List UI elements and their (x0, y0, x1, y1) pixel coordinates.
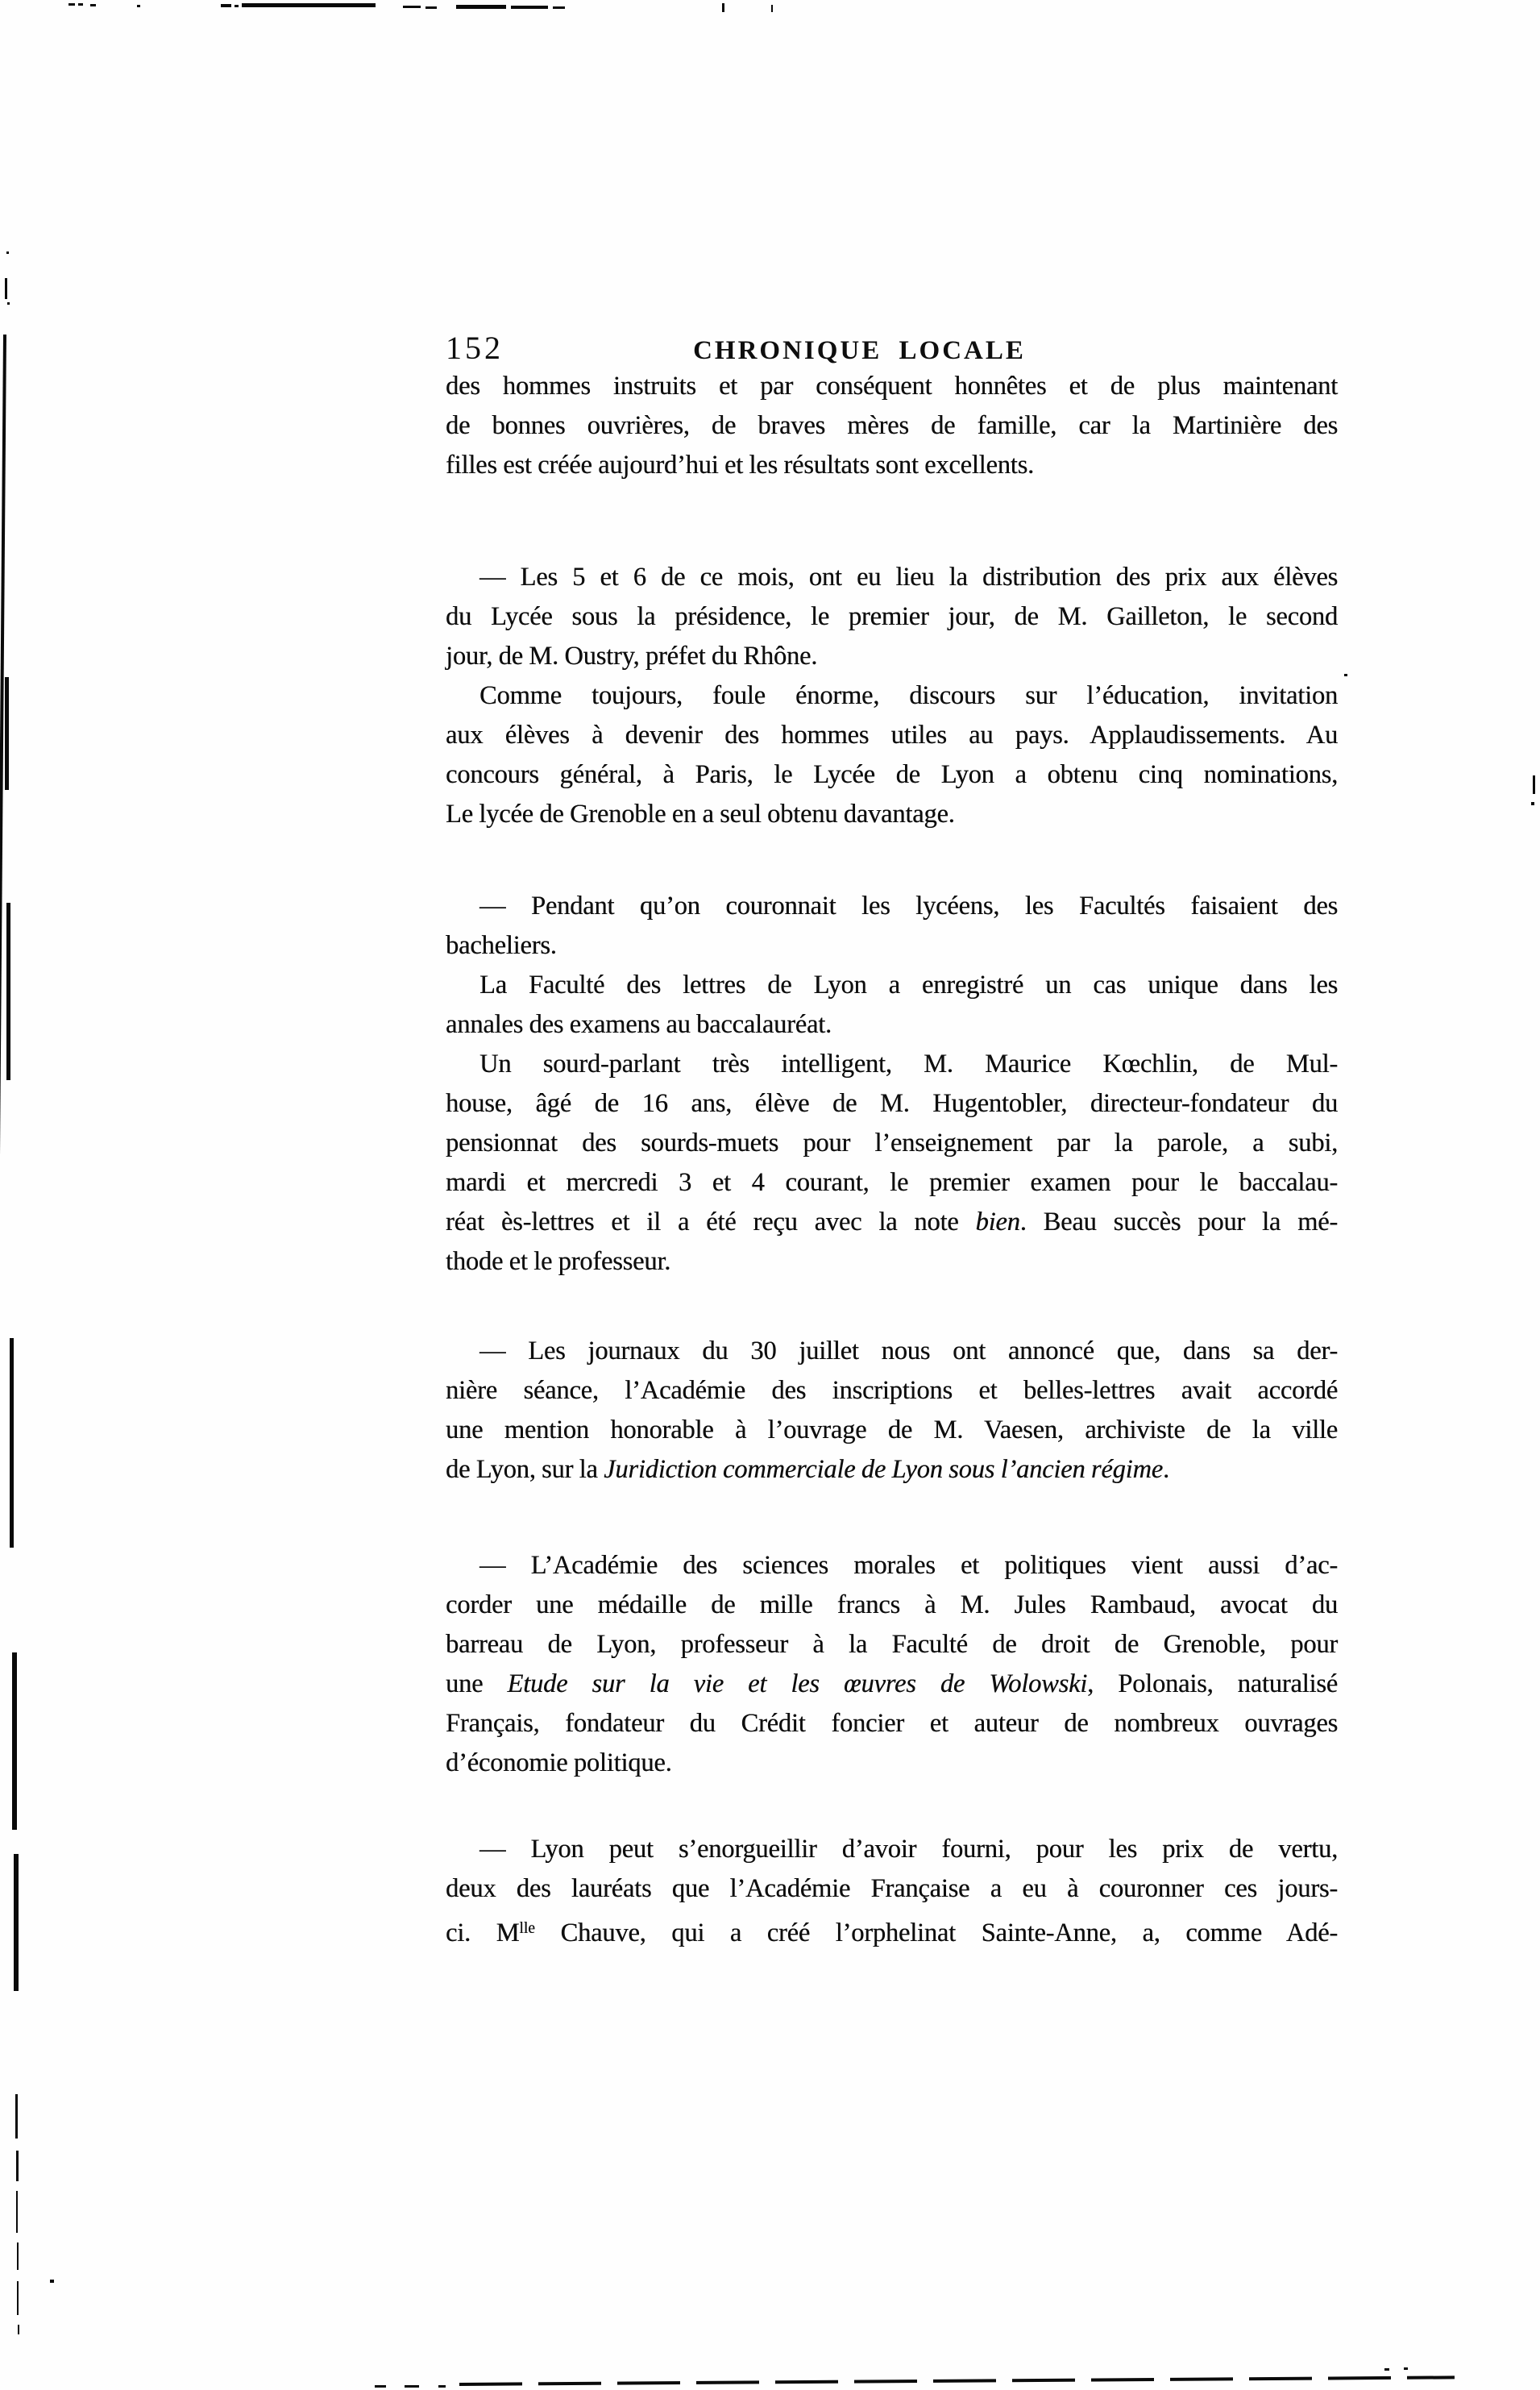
paragraph: — Les journaux du 30 juillet nous ont an… (446, 1332, 1338, 1490)
text-segment: bacheliers. (446, 931, 557, 960)
text-segment: ci. M (446, 1918, 519, 1947)
text-segment: — L’Académie des sciences morales et pol… (479, 1551, 1338, 1580)
text-line: une Etude sur la vie et les œuvres de Wo… (446, 1665, 1338, 1704)
text-segment: pensionnat des sourds-muets pour l’ensei… (446, 1128, 1338, 1158)
text-segment: d’économie politique. (446, 1748, 672, 1777)
text-line: aux élèves à devenir des hommes utiles a… (446, 716, 1338, 755)
text-line: une mention honorable à l’ouvrage de M. … (446, 1411, 1338, 1450)
text-segment: Juridiction commerciale de Lyon sous l’a… (604, 1455, 1163, 1484)
text-line: — L’Académie des sciences morales et pol… (446, 1546, 1338, 1586)
paragraph: — Lyon peut s’enorgueillir d’avoir fourn… (446, 1830, 1338, 1953)
text-segment: des hommes instruits et par conséquent h… (446, 372, 1338, 401)
text-line: concours général, à Paris, le Lycée de L… (446, 755, 1338, 795)
text-segment: nière séance, l’Académie des inscription… (446, 1376, 1338, 1405)
text-segment: Comme toujours, foule énorme, discours s… (479, 681, 1338, 710)
text-segment: lle (519, 1920, 535, 1937)
text-segment: aux élèves à devenir des hommes utiles a… (446, 721, 1338, 750)
text-segment: barreau de Lyon, professeur à la Faculté… (446, 1630, 1338, 1659)
text-line: thode et le professeur. (446, 1242, 1338, 1282)
text-segment: thode et le professeur. (446, 1247, 670, 1276)
text-segment: — Pendant qu’on couronnait les lycéens, … (479, 892, 1338, 921)
text-segment: — Lyon peut s’enorgueillir d’avoir fourn… (479, 1835, 1338, 1864)
text-segment: jour, de M. Oustry, préfet du Rhône. (446, 642, 817, 671)
text-line: des hommes instruits et par conséquent h… (446, 367, 1338, 406)
text-segment: Français, fondateur du Crédit foncier et… (446, 1709, 1338, 1738)
text-segment: bien (976, 1207, 1020, 1237)
text-line: Français, fondateur du Crédit foncier et… (446, 1704, 1338, 1744)
text-line: annales des examens au baccalauréat. (446, 1005, 1338, 1045)
text-segment: house, âgé de 16 ans, élève de M. Hugent… (446, 1089, 1338, 1118)
text-line: du Lycée sous la présidence, le premier … (446, 597, 1338, 637)
text-segment: filles est créée aujourd’hui et les résu… (446, 451, 1034, 480)
text-segment: — Les 5 et 6 de ce mois, ont eu lieu la … (479, 563, 1338, 592)
text-segment: de Lyon, sur la (446, 1455, 604, 1484)
text-line: de bonnes ouvrières, de braves mères de … (446, 406, 1338, 446)
text-line: — Les journaux du 30 juillet nous ont an… (446, 1332, 1338, 1371)
text-line: Le lycée de Grenoble en a seul obtenu da… (446, 795, 1338, 834)
text-line: pensionnat des sourds-muets pour l’ensei… (446, 1124, 1338, 1163)
text-segment: une mention honorable à l’ouvrage de M. … (446, 1415, 1338, 1444)
text-segment: . (1163, 1455, 1169, 1484)
text-segment: . Beau succès pour la mé- (1020, 1207, 1338, 1237)
text-line: — Pendant qu’on couronnait les lycéens, … (446, 887, 1338, 926)
paragraph: des hommes instruits et par conséquent h… (446, 367, 1338, 485)
text-line: ci. Mlle Chauve, qui a créé l’orphelinat… (446, 1909, 1338, 1953)
scanned-book-page: 152 CHRONIQUE LOCALE des hommes instruit… (0, 0, 1540, 2390)
text-segment: deux des lauréats que l’Académie Françai… (446, 1874, 1338, 1903)
text-segment: Etude sur la vie et les œuvres de Wolows… (508, 1669, 1088, 1698)
text-line: bacheliers. (446, 926, 1338, 966)
text-line: — Les 5 et 6 de ce mois, ont eu lieu la … (446, 558, 1338, 597)
text-segment: , Polonais, naturalisé (1087, 1669, 1338, 1698)
text-segment: La Faculté des lettres de Lyon a enregis… (479, 971, 1338, 1000)
text-line: filles est créée aujourd’hui et les résu… (446, 446, 1338, 485)
text-segment: réat ès-lettres et il a été reçu avec la… (446, 1207, 976, 1237)
text-line: Comme toujours, foule énorme, discours s… (446, 676, 1338, 716)
paragraph: — Pendant qu’on couronnait les lycéens, … (446, 887, 1338, 1282)
text-line: réat ès-lettres et il a été reçu avec la… (446, 1203, 1338, 1242)
text-line: barreau de Lyon, professeur à la Faculté… (446, 1625, 1338, 1665)
text-segment: concours général, à Paris, le Lycée de L… (446, 760, 1338, 789)
text-line: de Lyon, sur la Juridiction commerciale … (446, 1450, 1338, 1490)
text-line: deux des lauréats que l’Académie Françai… (446, 1869, 1338, 1909)
text-line: d’économie politique. (446, 1744, 1338, 1783)
text-line: jour, de M. Oustry, préfet du Rhône. (446, 637, 1338, 676)
text-segment: — Les journaux du 30 juillet nous ont an… (479, 1336, 1338, 1365)
bottom-edge-line (459, 2375, 1455, 2386)
text-segment: du Lycée sous la présidence, le premier … (446, 602, 1338, 631)
text-segment: Le lycée de Grenoble en a seul obtenu da… (446, 800, 955, 829)
text-segment: mardi et mercredi 3 et 4 courant, le pre… (446, 1168, 1338, 1197)
text-line: corder une médaille de mille francs à M.… (446, 1586, 1338, 1625)
text-line: Un sourd-parlant très intelligent, M. Ma… (446, 1045, 1338, 1084)
paragraph: — Les 5 et 6 de ce mois, ont eu lieu la … (446, 558, 1338, 834)
text-segment: Un sourd-parlant très intelligent, M. Ma… (479, 1050, 1338, 1079)
text-segment: corder une médaille de mille francs à M.… (446, 1590, 1338, 1619)
paragraph: — L’Académie des sciences morales et pol… (446, 1546, 1338, 1783)
text-line: — Lyon peut s’enorgueillir d’avoir fourn… (446, 1830, 1338, 1869)
text-segment: Chauve, qui a créé l’orphelinat Sainte-A… (535, 1918, 1338, 1947)
text-segment: annales des examens au baccalauréat. (446, 1010, 832, 1039)
text-line: nière séance, l’Académie des inscription… (446, 1371, 1338, 1411)
text-segment: de bonnes ouvrières, de braves mères de … (446, 411, 1338, 440)
text-line: La Faculté des lettres de Lyon a enregis… (446, 966, 1338, 1005)
text-line: mardi et mercredi 3 et 4 courant, le pre… (446, 1163, 1338, 1203)
left-edge-line (0, 335, 6, 2090)
running-header: CHRONIQUE LOCALE (413, 338, 1305, 364)
text-line: house, âgé de 16 ans, élève de M. Hugent… (446, 1084, 1338, 1124)
text-segment: une (446, 1669, 508, 1698)
